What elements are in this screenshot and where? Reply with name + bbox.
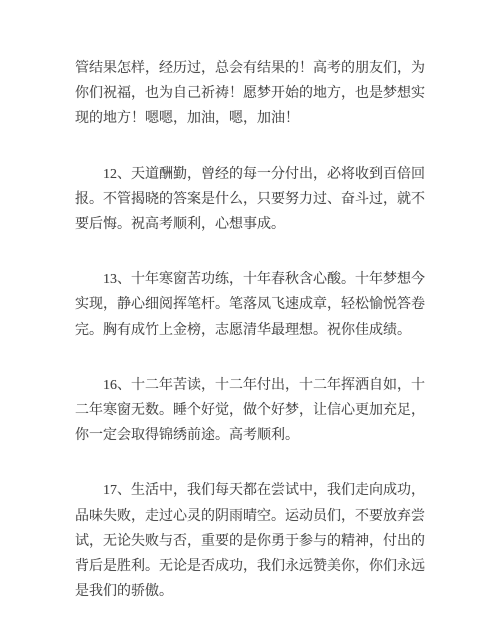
paragraph-item-16: 16、十二年苦读，十二年付出，十二年挥洒自如，十二年寒窗无数。睡个好觉，做个好梦…: [75, 373, 425, 449]
paragraph-item-13: 13、十年寒窗苦功练，十年春秋含心酸。十年梦想今实现，静心细阅挥笔杆。笔落凤飞速…: [75, 267, 425, 343]
paragraph-item-12: 12、天道酬勤，曾经的每一分付出，必将收到百倍回报。不管揭晓的答案是什么，只要努…: [75, 162, 425, 238]
paragraph-continuation: 管结果怎样，经历过，总会有结果的！高考的朋友们，为你们祝福，也为自己祈祷！愿梦开…: [75, 56, 425, 132]
paragraph-item-17: 17、生活中，我们每天都在尝试中，我们走向成功，品味失败，走过心灵的阴雨晴空。运…: [75, 478, 425, 604]
document-page: 管结果怎样，经历过，总会有结果的！高考的朋友们，为你们祝福，也为自己祈祷！愿梦开…: [0, 0, 500, 637]
